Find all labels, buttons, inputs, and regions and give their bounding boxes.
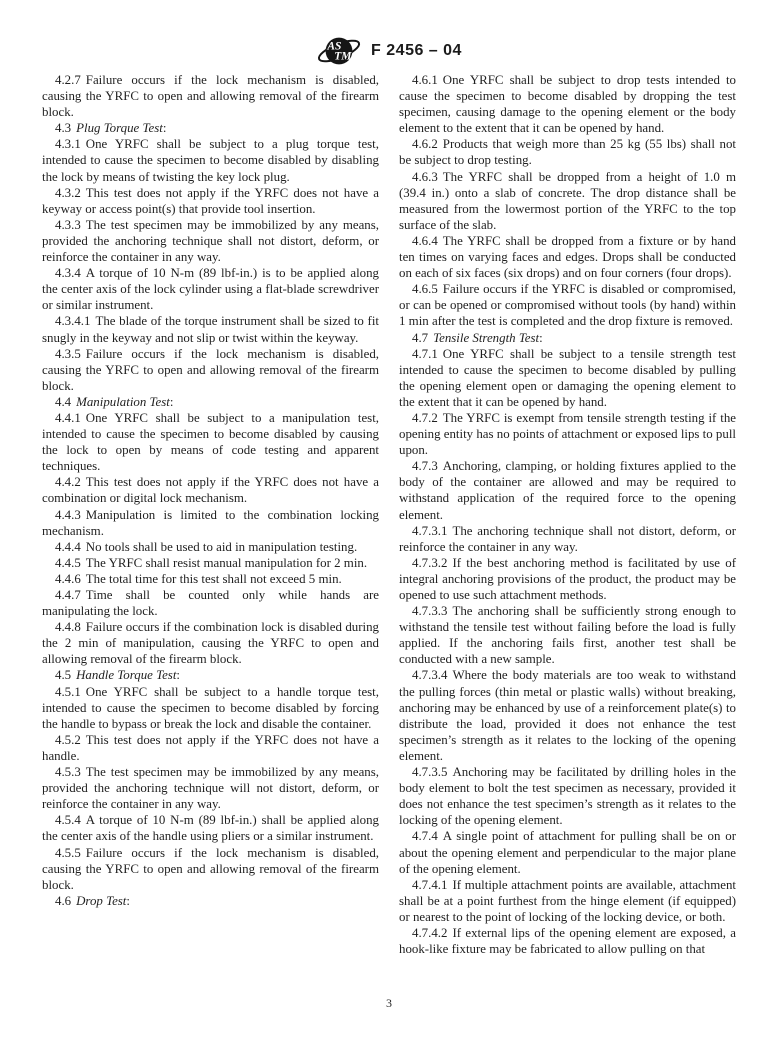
clause-number: 4.7.4.2 <box>412 926 452 940</box>
clause-text: Failure occurs if the lock mechanism is … <box>42 73 379 119</box>
paragraph: 4.4.4No tools shall be used to aid in ma… <box>42 539 379 555</box>
clause-number: 4.6 <box>55 894 76 908</box>
clause-text: Failure occurs if the lock mechanism is … <box>42 846 379 892</box>
clause-number: 4.3.5 <box>55 347 86 361</box>
section-heading: 4.4Manipulation Test: <box>42 394 379 410</box>
paragraph: 4.6.5Failure occurs if the YRFC is disab… <box>399 281 736 329</box>
clause-text: One YRFC shall be subject to a plug torq… <box>42 137 379 183</box>
left-column: 4.2.7Failure occurs if the lock mechanis… <box>42 72 379 957</box>
paragraph: 4.4.6The total time for this test shall … <box>42 571 379 587</box>
clause-text: Products that weigh more than 25 kg (55 … <box>399 137 736 167</box>
section-heading: 4.3Plug Torque Test: <box>42 120 379 136</box>
clause-number: 4.6.4 <box>412 234 443 248</box>
paragraph: 4.4.7Time shall be counted only while ha… <box>42 587 379 619</box>
clause-number: 4.7.2 <box>412 411 443 425</box>
clause-text: One YRFC shall be subject to drop tests … <box>399 73 736 135</box>
clause-number: 4.7.3.4 <box>412 668 452 682</box>
paragraph: 4.7.3.2If the best anchoring method is f… <box>399 555 736 603</box>
clause-text: One YRFC shall be subject to a handle to… <box>42 685 379 731</box>
clause-text: This test does not apply if the YRFC doe… <box>42 186 379 216</box>
paragraph: 4.7.3.1The anchoring technique shall not… <box>399 523 736 555</box>
clause-number: 4.7.3.2 <box>412 556 452 570</box>
clause-text: Time shall be counted only while hands a… <box>42 588 379 618</box>
clause-number: 4.6.1 <box>412 73 443 87</box>
clause-text: The test specimen may be immobilized by … <box>42 218 379 264</box>
clause-text: This test does not apply if the YRFC doe… <box>42 733 379 763</box>
clause-number: 4.6.3 <box>412 170 443 184</box>
clause-text: A torque of 10 N-m (89 lbf-in.) shall be… <box>42 813 379 843</box>
clause-number: 4.7.3 <box>412 459 443 473</box>
paragraph: 4.5.1One YRFC shall be subject to a hand… <box>42 684 379 732</box>
paragraph: 4.7.3.3The anchoring shall be sufficient… <box>399 603 736 667</box>
clause-text: The total time for this test shall not e… <box>86 572 342 586</box>
paragraph: 4.5.2This test does not apply if the YRF… <box>42 732 379 764</box>
clause-number: 4.7.3.5 <box>412 765 452 779</box>
paragraph: 4.5.4A torque of 10 N-m (89 lbf-in.) sha… <box>42 812 379 844</box>
clause-number: 4.5.1 <box>55 685 86 699</box>
paragraph: 4.3.4.1The blade of the torque instrumen… <box>42 313 379 345</box>
paragraph: 4.7.4.1If multiple attachment points are… <box>399 877 736 925</box>
paragraph: 4.7.4A single point of attachment for pu… <box>399 828 736 876</box>
section-title: Tensile Strength Test <box>433 331 539 345</box>
paragraph: 4.7.3.5Anchoring may be facilitated by d… <box>399 764 736 828</box>
clause-text: Where the body materials are too weak to… <box>399 668 736 762</box>
paragraph: 4.5.3The test specimen may be immobilize… <box>42 764 379 812</box>
clause-number: 4.7 <box>412 331 433 345</box>
two-column-body: 4.2.7Failure occurs if the lock mechanis… <box>42 72 736 957</box>
paragraph: 4.3.5Failure occurs if the lock mechanis… <box>42 346 379 394</box>
clause-number: 4.5.3 <box>55 765 86 779</box>
clause-text: This test does not apply if the YRFC doe… <box>42 475 379 505</box>
paragraph: 4.7.3.4Where the body materials are too … <box>399 667 736 764</box>
clause-number: 4.4.2 <box>55 475 86 489</box>
paragraph: 4.7.3Anchoring, clamping, or holding fix… <box>399 458 736 522</box>
clause-number: 4.4.8 <box>55 620 86 634</box>
clause-text: The YRFC shall be dropped from a height … <box>399 170 736 232</box>
clause-text: The test specimen may be immobilized by … <box>42 765 379 811</box>
clause-number: 4.5.5 <box>55 846 86 860</box>
clause-text: Failure occurs if the YRFC is disabled o… <box>399 282 736 328</box>
page-header: AS TM F 2456 – 04 <box>0 30 778 72</box>
paragraph: 4.6.4The YRFC shall be dropped from a fi… <box>399 233 736 281</box>
paragraph: 4.4.1One YRFC shall be subject to a mani… <box>42 410 379 474</box>
document-designation: F 2456 – 04 <box>371 42 462 60</box>
clause-text: One YRFC shall be subject to a tensile s… <box>399 347 736 409</box>
paragraph: 4.3.2This test does not apply if the YRF… <box>42 185 379 217</box>
paragraph: 4.4.5The YRFC shall resist manual manipu… <box>42 555 379 571</box>
paragraph: 4.3.1One YRFC shall be subject to a plug… <box>42 136 379 184</box>
paragraph: 4.6.3The YRFC shall be dropped from a he… <box>399 169 736 233</box>
clause-number: 4.4.4 <box>55 540 86 554</box>
clause-number: 4.7.3.1 <box>412 524 452 538</box>
clause-number: 4.4.7 <box>55 588 86 602</box>
clause-text: The YRFC shall be dropped from a fixture… <box>399 234 736 280</box>
clause-number: 4.5.4 <box>55 813 86 827</box>
clause-number: 4.2.7 <box>55 73 86 87</box>
paragraph: 4.6.1One YRFC shall be subject to drop t… <box>399 72 736 136</box>
clause-text: The YRFC is exempt from tensile strength… <box>399 411 736 457</box>
section-title: Handle Torque Test <box>76 668 176 682</box>
clause-number: 4.6.2 <box>412 137 443 151</box>
section-heading: 4.7Tensile Strength Test: <box>399 330 736 346</box>
clause-number: 4.4.5 <box>55 556 86 570</box>
section-title: Plug Torque Test <box>76 121 163 135</box>
clause-number: 4.3.4.1 <box>55 314 95 328</box>
clause-number: 4.7.1 <box>412 347 443 361</box>
clause-text: Manipulation is limited to the combinati… <box>42 508 379 538</box>
clause-number: 4.4.3 <box>55 508 86 522</box>
document-page: AS TM F 2456 – 04 4.2.7Failure occurs if… <box>0 0 778 1041</box>
paragraph: 4.6.2Products that weigh more than 25 kg… <box>399 136 736 168</box>
clause-number: 4.4.1 <box>55 411 86 425</box>
paragraph: 4.4.2This test does not apply if the YRF… <box>42 474 379 506</box>
clause-number: 4.3.2 <box>55 186 86 200</box>
clause-number: 4.3.3 <box>55 218 86 232</box>
paragraph: 4.4.8Failure occurs if the combination l… <box>42 619 379 667</box>
clause-number: 4.6.5 <box>412 282 443 296</box>
paragraph: 4.4.3Manipulation is limited to the comb… <box>42 507 379 539</box>
clause-number: 4.7.4 <box>412 829 443 843</box>
clause-text: Anchoring, clamping, or holding fixtures… <box>399 459 736 521</box>
clause-number: 4.4.6 <box>55 572 86 586</box>
clause-number: 4.3 <box>55 121 76 135</box>
clause-number: 4.3.4 <box>55 266 86 280</box>
page-number: 3 <box>0 996 778 1011</box>
clause-number: 4.7.4.1 <box>412 878 452 892</box>
paragraph: 4.7.2The YRFC is exempt from tensile str… <box>399 410 736 458</box>
section-title: Manipulation Test <box>76 395 170 409</box>
clause-number: 4.4 <box>55 395 76 409</box>
paragraph: 4.5.5Failure occurs if the lock mechanis… <box>42 845 379 893</box>
section-heading: 4.5Handle Torque Test: <box>42 667 379 683</box>
section-heading: 4.6Drop Test: <box>42 893 379 909</box>
clause-text: Failure occurs if the combination lock i… <box>42 620 379 666</box>
clause-number: 4.7.3.3 <box>412 604 452 618</box>
svg-text:TM: TM <box>334 50 352 62</box>
clause-text: One YRFC shall be subject to a manipulat… <box>42 411 379 473</box>
clause-number: 4.5.2 <box>55 733 86 747</box>
clause-number: 4.3.1 <box>55 137 86 151</box>
clause-text: Failure occurs if the lock mechanism is … <box>42 347 379 393</box>
paragraph: 4.7.4.2If external lips of the opening e… <box>399 925 736 957</box>
paragraph: 4.7.1One YRFC shall be subject to a tens… <box>399 346 736 410</box>
astm-logo-icon: AS TM <box>316 30 362 72</box>
paragraph: 4.2.7Failure occurs if the lock mechanis… <box>42 72 379 120</box>
clause-text: A torque of 10 N-m (89 lbf-in.) is to be… <box>42 266 379 312</box>
right-column: 4.6.1One YRFC shall be subject to drop t… <box>399 72 736 957</box>
clause-text: No tools shall be used to aid in manipul… <box>86 540 357 554</box>
clause-text: A single point of attachment for pulling… <box>399 829 736 875</box>
clause-number: 4.5 <box>55 668 76 682</box>
section-title: Drop Test <box>76 894 126 908</box>
clause-text: The YRFC shall resist manual manipulatio… <box>86 556 367 570</box>
paragraph: 4.3.3The test specimen may be immobilize… <box>42 217 379 265</box>
paragraph: 4.3.4A torque of 10 N-m (89 lbf-in.) is … <box>42 265 379 313</box>
